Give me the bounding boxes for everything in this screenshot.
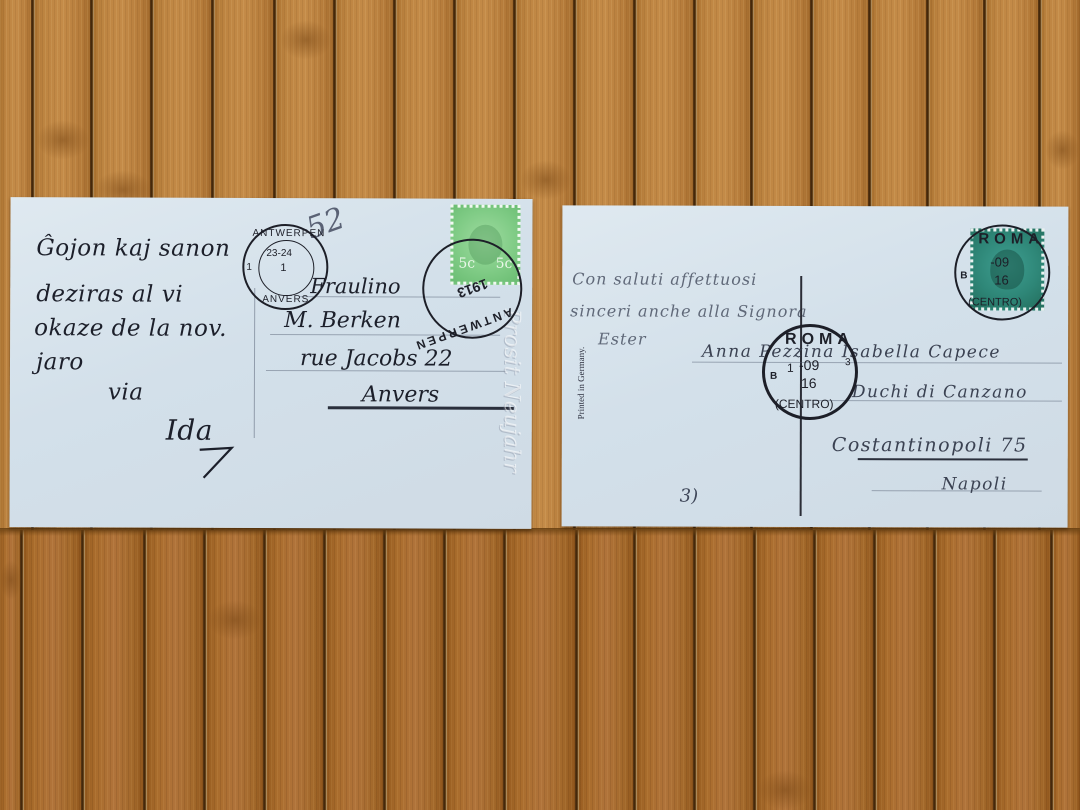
- address-line: Duchi di Canzano: [852, 382, 1028, 402]
- postmark-antwerpen: ANTWERPEN 23-24 1 1 ANVERS: [242, 224, 328, 310]
- embossed-greeting: Prosit Neujahr: [499, 309, 525, 473]
- address-underline: [858, 458, 1028, 460]
- message-via: via: [108, 379, 144, 405]
- postcard-italy: Printed in Germany. Con saluti affettuos…: [562, 205, 1069, 527]
- address-line: Costantinopoli 75: [832, 434, 1028, 457]
- postmark-roma-centro: ROMA 1 -09 16 (CENTRO) B 3: [762, 324, 858, 420]
- address-line: Anvers: [362, 382, 439, 407]
- bamboo-mat-lower: [0, 530, 1080, 810]
- address-line: Napoli: [942, 474, 1008, 494]
- signature-flourish: [196, 444, 236, 484]
- postmark-roma-stamp: ROMA -09 16 (CENTRO) B: [954, 224, 1050, 320]
- message-line: deziras al vi: [36, 281, 183, 308]
- address-line: rue Jacobs 22: [300, 346, 453, 372]
- message-line: Ester: [598, 329, 646, 348]
- mat-shadow: [0, 528, 1080, 536]
- postcard-belgium: Ĝojon kaj sanon deziras al vi okaze de l…: [9, 197, 532, 529]
- message-line: Con saluti affettuosi: [572, 269, 757, 288]
- pencil-mark: 3): [680, 486, 699, 507]
- message-line: jaro: [36, 349, 84, 375]
- signature: Ida: [166, 414, 213, 447]
- address-line: M. Berken: [284, 308, 401, 333]
- message-line: okaze de la nov.: [34, 315, 227, 342]
- printed-in-germany: Printed in Germany.: [576, 347, 586, 420]
- card-divider: [254, 288, 256, 438]
- message-line: sinceri anche alla Signora: [570, 301, 807, 321]
- message-line: Ĝojon kaj sanon: [36, 235, 230, 262]
